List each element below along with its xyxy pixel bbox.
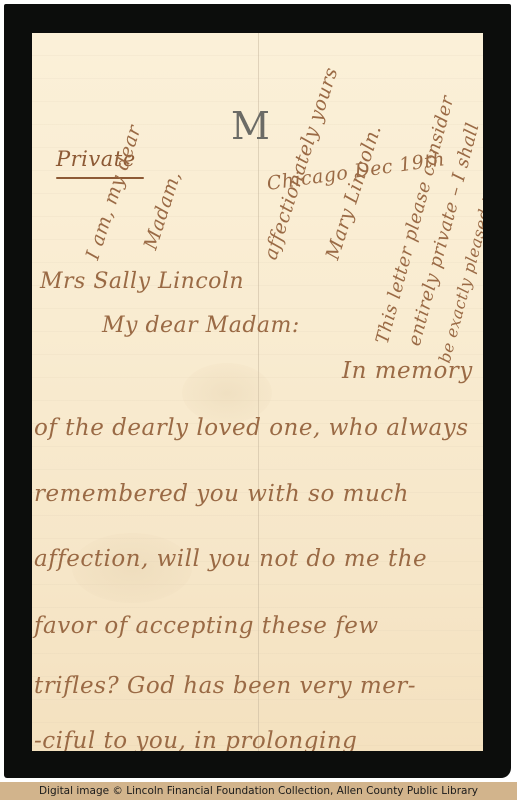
letter-scan: M Private Chicago Dec 19th I am, my dear… xyxy=(0,0,517,782)
body-line: of the dearly loved one, who always xyxy=(34,415,469,441)
recipient-name: Mrs Sally Lincoln xyxy=(40,269,244,294)
greeting: My dear Madam: xyxy=(102,313,300,338)
body-line: trifles? God has been very mer- xyxy=(34,673,416,699)
body-line: In memory xyxy=(342,358,473,384)
image-credit-caption: Digital image © Lincoln Financial Founda… xyxy=(0,782,517,800)
closing-line: I am, my dear xyxy=(82,122,146,262)
closing-line: Madam, xyxy=(140,168,186,252)
signature: Mary Lincoln. xyxy=(322,122,386,262)
body-line: -ciful to you, in prolonging xyxy=(34,728,357,751)
letter-paper: M Private Chicago Dec 19th I am, my dear… xyxy=(32,33,483,751)
body-line: affection, will you not do me the xyxy=(34,546,427,572)
monogram-emblem: M xyxy=(231,101,257,151)
paper-stain xyxy=(182,363,272,423)
body-line: remembered you with so much xyxy=(34,481,409,507)
private-underline xyxy=(56,177,144,179)
body-line: favor of accepting these few xyxy=(34,613,379,639)
